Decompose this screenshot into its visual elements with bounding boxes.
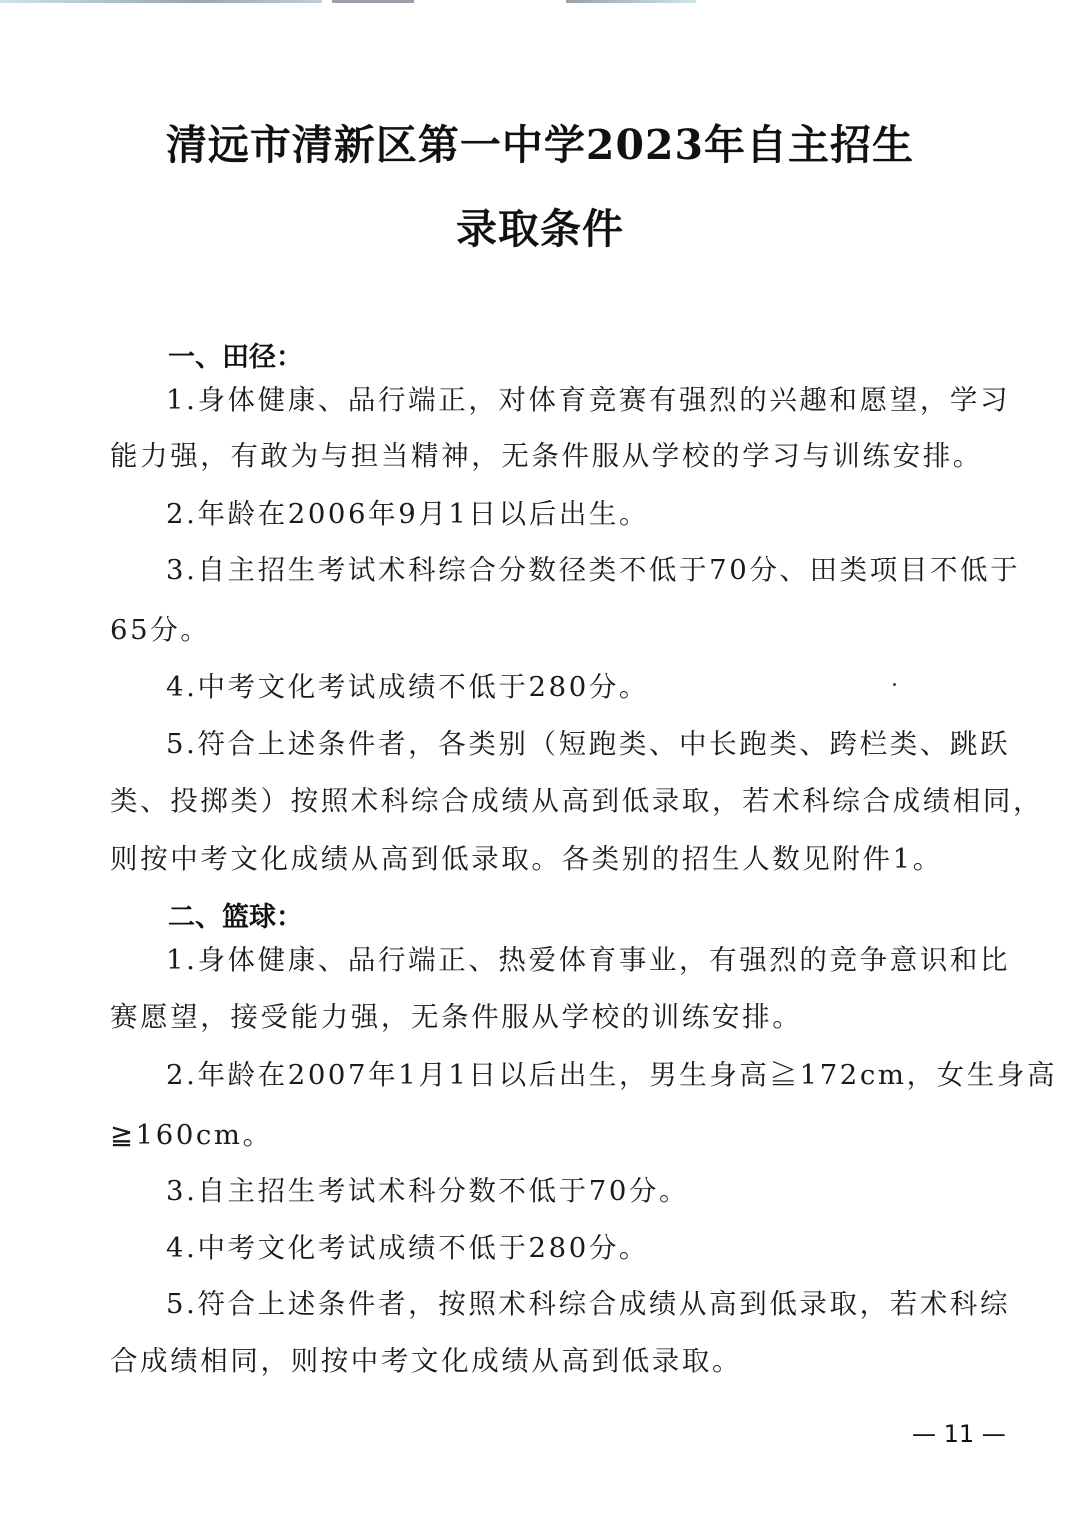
paragraph-line: 3.自主招生考试术科综合分数径类不低于70分、田类项目不低于: [166, 547, 1020, 587]
paragraph-line: 1.身体健康、品行端正、热爱体育事业，有强烈的竞争意识和比: [166, 937, 1010, 977]
paragraph-line: 4.中考文化考试成绩不低于280分。: [166, 1225, 649, 1265]
paragraph-line: 则按中考文化成绩从高到低录取。各类别的招生人数见附件1。: [110, 836, 943, 876]
section-heading-basketball: 二、篮球：: [168, 895, 303, 934]
paragraph-line: ≧160cm。: [110, 1112, 273, 1152]
paragraph-line: 类、投掷类）按照术科综合成绩从高到低录取，若术科综合成绩相同，: [110, 778, 1043, 818]
paragraph-line: 5.符合上述条件者，按照术科综合成绩从高到低录取，若术科综: [166, 1281, 1010, 1321]
paragraph-line: 5.符合上述条件者，各类别（短跑类、中长跑类、跨栏类、跳跃: [166, 721, 1010, 761]
document-title-line1: 清远市清新区第一中学2023年自主招生: [0, 112, 1080, 171]
scan-edge-strip: [566, 0, 696, 3]
paragraph-line: 1.身体健康、品行端正，对体育竞赛有强烈的兴趣和愿望，学习: [166, 377, 1010, 417]
paragraph-line: 4.中考文化考试成绩不低于280分。: [166, 664, 649, 704]
section-heading-track-field: 一、田径：: [168, 335, 303, 374]
paragraph-line: 合成绩相同，则按中考文化成绩从高到低录取。: [110, 1338, 742, 1378]
document-title-line2: 录取条件: [0, 196, 1080, 255]
scan-edge-strip: [332, 0, 414, 3]
paragraph-line: 2.年龄在2007年1月1日以后出生，男生身高≧172cm，女生身高: [166, 1052, 1057, 1092]
paragraph-line: 赛愿望，接受能力强，无条件服从学校的训练安排。: [110, 994, 802, 1034]
paragraph-line: 3.自主招生考试术科分数不低于70分。: [166, 1168, 689, 1208]
scan-speck: [893, 683, 896, 686]
page-number: — 11 —: [912, 1420, 1006, 1448]
paragraph-line: 能力强，有敢为与担当精神，无条件服从学校的学习与训练安排。: [110, 433, 983, 473]
scan-edge-strip: [0, 0, 322, 3]
paragraph-line: 2.年龄在2006年9月1日以后出生。: [166, 491, 649, 531]
paragraph-line: 65分。: [110, 607, 210, 647]
